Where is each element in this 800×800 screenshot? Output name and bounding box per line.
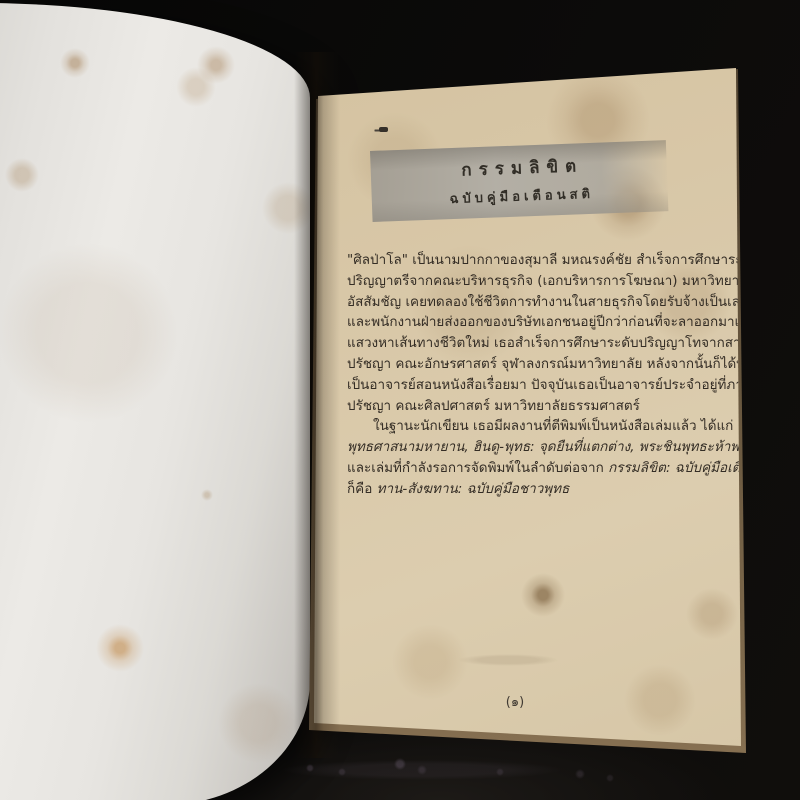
- body-text-line: ปรัชญา คณะศิลปศาสตร์ มหาวิทยาลัยธรรมศาสต…: [347, 396, 699, 417]
- body-text-line: ในฐานะนักเขียน เธอมีผลงานที่ตีพิมพ์เป็นห…: [347, 416, 699, 437]
- body-text-segment: เป็นอาจารย์สอนหนังสือเรื่อยมา ปัจจุบันเธ…: [347, 377, 776, 393]
- body-text-segment: ปรัชญา คณะศิลปศาสตร์ มหาวิทยาลัยธรรมศาสต…: [347, 398, 640, 414]
- table-speckles: [250, 752, 680, 792]
- body-text-segment: และเล่มที่กำลังรอการจัดพิมพ์ในลำดับต่อจา…: [347, 460, 608, 476]
- body-text-line: อัสสัมชัญ เคยทดลองใช้ชีวิตการทำงานในสายธ…: [347, 292, 699, 313]
- body-text-segment: ปรัชญา คณะอักษรศาสตร์ จุฬาลงกรณ์มหาวิทยา…: [347, 356, 776, 372]
- left-page-blank: [0, 3, 310, 800]
- body-text-segment: และพนักงานฝ่ายส่งออกของบริษัทเอกชนอยู่ปี…: [347, 314, 756, 330]
- body-text-line: และพนักงานฝ่ายส่งออกของบริษัทเอกชนอยู่ปี…: [347, 312, 699, 333]
- body-text-line: "ศิลป่าโล" เป็นนามปากกาของสุมาลี มหณรงค์…: [347, 250, 699, 271]
- page-number: (๑): [480, 691, 550, 712]
- body-text-line: และเล่มที่กำลังรอการจัดพิมพ์ในลำดับต่อจา…: [347, 458, 699, 479]
- body-text-line: พุทธศาสนามหายาน, ฮินดู-พุทธ: จุดยืนที่แต…: [347, 437, 699, 458]
- about-author-text: "ศิลป่าโล" เป็นนามปากกาของสุมาลี มหณรงค์…: [347, 250, 699, 500]
- body-text-line: เป็นอาจารย์สอนหนังสือเรื่อยมา ปัจจุบันเธ…: [347, 375, 699, 396]
- body-text-segment: ทาน-สังฆทาน: ฉบับคู่มือชาวพุทธ: [377, 481, 570, 497]
- open-book-photo: กรรมลิขิต ฉบับคู่มือเตือนสติ "ศิลป่าโล" …: [0, 0, 800, 800]
- body-text-line: ปรัชญา คณะอักษรศาสตร์ จุฬาลงกรณ์มหาวิทยา…: [347, 354, 699, 375]
- body-text-segment: แสวงหาเส้นทางชีวิตใหม่ เธอสำเร็จการศึกษา…: [347, 335, 782, 351]
- body-text-line: ปริญญาตรีจากคณะบริหารธุรกิจ (เอกบริหารกา…: [347, 271, 699, 292]
- body-text-segment: ปริญญาตรีจากคณะบริหารธุรกิจ (เอกบริหารกา…: [347, 273, 755, 289]
- body-text-line: แสวงหาเส้นทางชีวิตใหม่ เธอสำเร็จการศึกษา…: [347, 333, 699, 354]
- gutter-shadow: [294, 52, 340, 758]
- ink-speck: [379, 127, 388, 132]
- body-text-segment: ก็คือ: [347, 481, 377, 497]
- body-text-segment: ในฐานะนักเขียน เธอมีผลงานที่ตีพิมพ์เป็นห…: [373, 418, 733, 434]
- title-banner: กรรมลิขิต ฉบับคู่มือเตือนสติ: [370, 140, 668, 222]
- body-text-segment: พุทธศาสนามหายาน, ฮินดู-พุทธ: จุดยืนที่แต…: [347, 439, 777, 455]
- body-text-line: ก็คือ ทาน-สังฆทาน: ฉบับคู่มือชาวพุทธ: [347, 479, 699, 500]
- body-text-segment: "ศิลป่าโล" เป็นนามปากกาของสุมาลี มหณรงค์…: [347, 252, 760, 268]
- body-text-segment: อัสสัมชัญ เคยทดลองใช้ชีวิตการทำงานในสายธ…: [347, 294, 789, 310]
- body-text-segment: กรรมลิขิต: ฉบับคู่มือเตือนสติ: [608, 460, 775, 476]
